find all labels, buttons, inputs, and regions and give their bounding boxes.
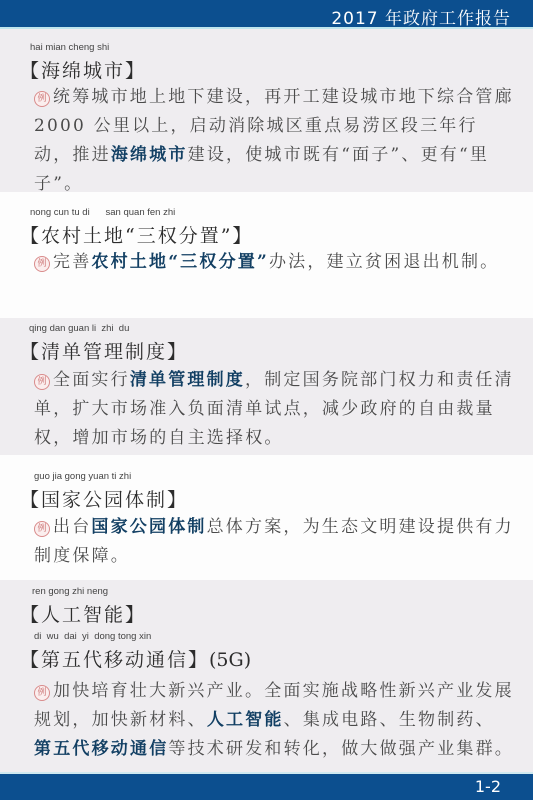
- body-segment: 等技术研发和转化，做大做强产业集群。: [168, 739, 514, 759]
- pinyin-label: qing dan guan li zhi du: [29, 323, 129, 334]
- report-title: 2017 年政府工作报告: [331, 4, 511, 29]
- report-footer: 1-2: [0, 772, 533, 800]
- body-segment: 、集成电路、生物制药、: [284, 710, 495, 730]
- term-title: 【人工智能】: [20, 600, 146, 627]
- highlighted-term: 农村土地“三权分置”: [91, 252, 269, 272]
- term-section-national-park: guo jia gong yuan ti zhi 【国家公园体制】 例出台国家公…: [0, 455, 533, 580]
- pinyin-label-secondary: di wu dai yi dong tong xin: [34, 631, 151, 642]
- term-title: 【海绵城市】: [20, 56, 146, 83]
- term-example-text: 例全面实行清单管理制度，制定国务院部门权力和责任清单，扩大市场准入负面清单试点，…: [34, 366, 514, 453]
- pinyin-label: guo jia gong yuan ti zhi: [34, 471, 131, 482]
- term-example-text: 例统筹城市地上地下建设，再开工建设城市地下综合管廊 2000 公里以上，启动消除…: [34, 83, 514, 199]
- term-title-secondary: 【第五代移动通信】(5G): [20, 645, 251, 672]
- term-title: 【农村土地“三权分置”】: [20, 221, 253, 248]
- example-icon: 例: [34, 521, 50, 537]
- term-section-rural-land: nong cun tu di san quan fen zhi 【农村土地“三权…: [0, 192, 533, 318]
- term-example-text: 例加快培育壮大新兴产业。全面实施战略性新兴产业发展规划，加快新材料、人工智能、集…: [34, 677, 514, 764]
- body-segment: 全面实行: [53, 370, 130, 390]
- term-example-text: 例完善农村土地“三权分置”办法，建立贫困退出机制。: [34, 248, 514, 277]
- term-section-sponge-city: hai mian cheng shi 【海绵城市】 例统筹城市地上地下建设，再开…: [0, 29, 533, 192]
- highlighted-term: 清单管理制度: [130, 370, 245, 390]
- term-title: 【国家公园体制】: [20, 485, 188, 512]
- example-icon: 例: [34, 374, 50, 390]
- example-icon: 例: [34, 256, 50, 272]
- page-number: 1-2: [475, 777, 501, 796]
- body-segment: 完善: [53, 252, 91, 272]
- pinyin-label: ren gong zhi neng: [32, 586, 108, 597]
- highlighted-term: 第五代移动通信: [34, 739, 168, 759]
- pinyin-label: hai mian cheng shi: [30, 42, 109, 53]
- body-segment: 出台: [53, 517, 91, 537]
- highlighted-term: 人工智能: [207, 710, 284, 730]
- term-section-list-management: qing dan guan li zhi du 【清单管理制度】 例全面实行清单…: [0, 318, 533, 455]
- body-segment: 办法，建立贫困退出机制。: [269, 252, 499, 272]
- example-icon: 例: [34, 685, 50, 701]
- highlighted-term: 国家公园体制: [91, 517, 206, 537]
- term-example-text: 例出台国家公园体制总体方案，为生态文明建设提供有力制度保障。: [34, 513, 514, 571]
- report-header: 2017 年政府工作报告: [0, 0, 533, 29]
- term-section-ai-5g: ren gong zhi neng 【人工智能】 di wu dai yi do…: [0, 580, 533, 772]
- pinyin-label: nong cun tu di san quan fen zhi: [30, 207, 175, 218]
- term-title: 【清单管理制度】: [20, 337, 188, 364]
- term-suffix: (5G): [209, 649, 251, 671]
- highlighted-term: 海绵城市: [111, 145, 188, 165]
- example-icon: 例: [34, 91, 50, 107]
- term-title-text: 【第五代移动通信】: [20, 649, 209, 671]
